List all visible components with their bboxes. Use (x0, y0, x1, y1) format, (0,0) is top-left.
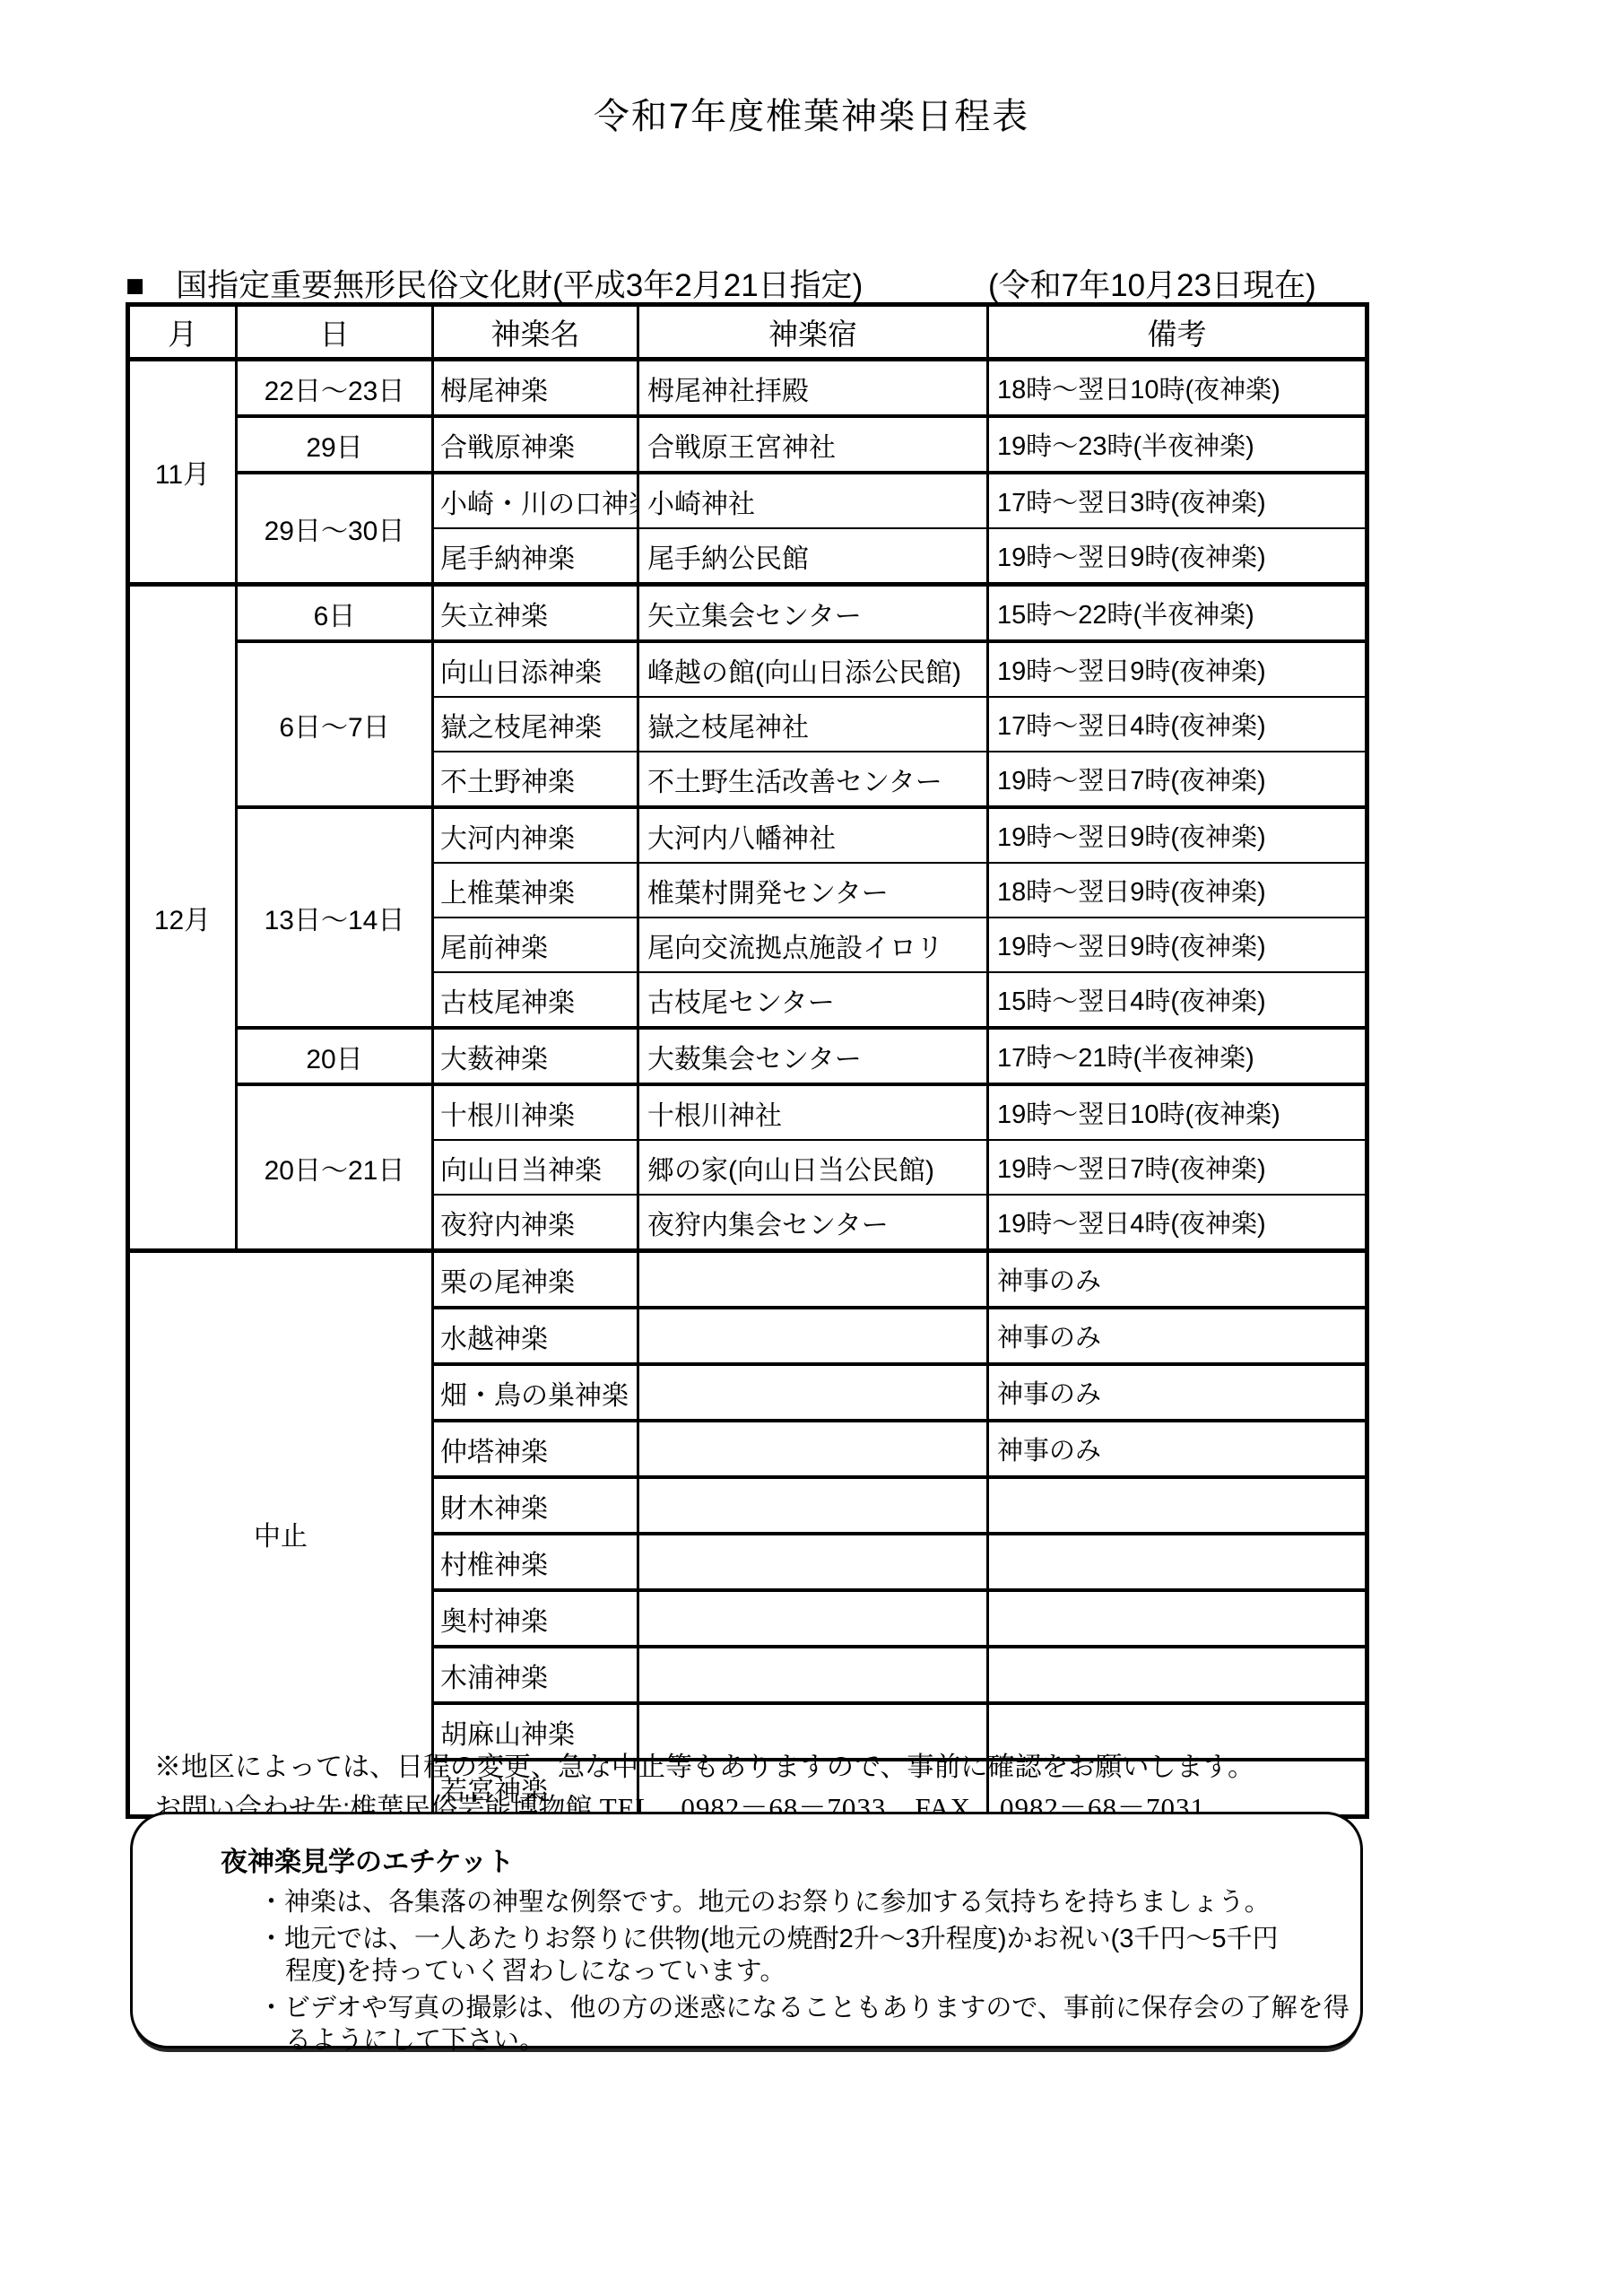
remarks-cell: 19時～23時(半夜神楽) (988, 416, 1367, 473)
remarks-cell: 17時～翌日4時(夜神楽) (988, 697, 1367, 752)
venue-cell: 尾手納公民館 (638, 528, 988, 585)
venue-cell (638, 1477, 988, 1534)
remarks-cell: 15時～22時(半夜神楽) (988, 585, 1367, 642)
remarks-cell: 神事のみ (988, 1308, 1367, 1364)
kagura-name-cell: 畑・鳥の巣神楽 (433, 1364, 638, 1421)
etiquette-line: ・神楽は、各集落の神聖な例祭です。地元のお祭りに参加する気持ちを持ちましょう。 (258, 1886, 1333, 1918)
kagura-name-cell: 栗の尾神楽 (433, 1251, 638, 1309)
date-cell: 22日～23日 (237, 360, 433, 417)
table-row: 13日～14日大河内神楽大河内八幡神社19時～翌日9時(夜神楽) (128, 807, 1367, 863)
remarks-cell: 19時～翌日10時(夜神楽) (988, 1084, 1367, 1140)
kagura-name-cell: 小崎・川の口神楽 (433, 473, 638, 528)
date-cell: 29日 (237, 416, 433, 473)
table-row: 20日大薮神楽大薮集会センター17時～21時(半夜神楽) (128, 1028, 1367, 1084)
table-header-row: 月日神楽名神楽宿備考 (128, 305, 1367, 360)
remarks-cell (988, 1534, 1367, 1590)
venue-cell (638, 1534, 988, 1590)
date-cell: 20日～21日 (237, 1084, 433, 1251)
table-body: 11月22日～23日栂尾神楽栂尾神社拝殿18時～翌日10時(夜神楽)29日合戦原… (128, 360, 1367, 1817)
table-row: 6日～7日向山日添神楽峰越の館(向山日添公民館)19時～翌日9時(夜神楽) (128, 641, 1367, 697)
kagura-name-cell: 仲塔神楽 (433, 1421, 638, 1477)
month-cell: 11月 (128, 360, 237, 585)
remarks-cell: 神事のみ (988, 1364, 1367, 1421)
month-cell: 12月 (128, 585, 237, 1251)
page-title: 令和7年度椎葉神楽日程表 (0, 88, 1623, 139)
kagura-schedule-table: 月日神楽名神楽宿備考 11月22日～23日栂尾神楽栂尾神社拝殿18時～翌日10時… (126, 302, 1369, 1819)
venue-cell: 尾向交流拠点施設イロリ (638, 918, 988, 972)
date-cell: 13日～14日 (237, 807, 433, 1028)
column-header-1: 日 (237, 305, 433, 360)
table-row: 29日合戦原神楽合戦原王宮神社19時～23時(半夜神楽) (128, 416, 1367, 473)
venue-cell: 不土野生活改善センター (638, 752, 988, 807)
date-cell: 20日 (237, 1028, 433, 1084)
kagura-name-cell: 奥村神楽 (433, 1590, 638, 1647)
venue-cell: 椎葉村開発センター (638, 863, 988, 918)
schedule-change-note: ※地区によっては、日程の変更、急な中止等もありますので、事前に確認をお願いします… (154, 1744, 1254, 1784)
column-header-3: 神楽宿 (638, 305, 988, 360)
venue-cell (638, 1308, 988, 1364)
kagura-name-cell: 嶽之枝尾神楽 (433, 697, 638, 752)
column-header-4: 備考 (988, 305, 1367, 360)
kagura-name-cell: 古枝尾神楽 (433, 972, 638, 1028)
table-row: 11月22日～23日栂尾神楽栂尾神社拝殿18時～翌日10時(夜神楽) (128, 360, 1367, 417)
kagura-name-cell: 木浦神楽 (433, 1647, 638, 1703)
remarks-cell: 15時～翌日4時(夜神楽) (988, 972, 1367, 1028)
remarks-cell: 19時～翌日7時(夜神楽) (988, 1140, 1367, 1195)
venue-cell (638, 1421, 988, 1477)
table-row: 中止栗の尾神楽神事のみ (128, 1251, 1367, 1309)
kagura-name-cell: 夜狩内神楽 (433, 1195, 638, 1251)
kagura-name-cell: 向山日当神楽 (433, 1140, 638, 1195)
etiquette-line: ・ビデオや写真の撮影は、他の方の迷惑になることもありますので、事前に保存会の了解… (258, 1992, 1333, 2024)
remarks-cell: 神事のみ (988, 1251, 1367, 1309)
kagura-name-cell: 上椎葉神楽 (433, 863, 638, 918)
kagura-name-cell: 尾前神楽 (433, 918, 638, 972)
etiquette-box: 夜神楽見学のエチケット ・神楽は、各集落の神聖な例祭です。地元のお祭りに参加する… (130, 1812, 1363, 2048)
venue-cell: 合戦原王宮神社 (638, 416, 988, 473)
remarks-cell: 神事のみ (988, 1421, 1367, 1477)
venue-cell: 大薮集会センター (638, 1028, 988, 1084)
kagura-name-cell: 不土野神楽 (433, 752, 638, 807)
venue-cell: 郷の家(向山日当公民館) (638, 1140, 988, 1195)
venue-cell: 大河内八幡神社 (638, 807, 988, 863)
table-row: 20日～21日十根川神楽十根川神社19時～翌日10時(夜神楽) (128, 1084, 1367, 1140)
column-header-2: 神楽名 (433, 305, 638, 360)
venue-cell: 峰越の館(向山日添公民館) (638, 641, 988, 697)
kagura-name-cell: 矢立神楽 (433, 585, 638, 642)
table-row: 29日～30日小崎・川の口神楽小崎神社17時～翌日3時(夜神楽) (128, 473, 1367, 528)
date-cell: 6日 (237, 585, 433, 642)
etiquette-line: ・地元では、一人あたりお祭りに供物(地元の焼酎2升～3升程度)かお祝い(3千円～… (258, 1923, 1333, 1955)
kagura-name-cell: 村椎神楽 (433, 1534, 638, 1590)
kagura-name-cell: 栂尾神楽 (433, 360, 638, 417)
venue-cell: 夜狩内集会センター (638, 1195, 988, 1251)
remarks-cell: 18時～翌日10時(夜神楽) (988, 360, 1367, 417)
remarks-cell: 17時～翌日3時(夜神楽) (988, 473, 1367, 528)
designation-subheader: ■ 国指定重要無形民俗文化財(平成3年2月21日指定) (令和7年10月23日現… (126, 261, 1365, 306)
remarks-cell: 19時～翌日9時(夜神楽) (988, 807, 1367, 863)
kagura-name-cell: 大薮神楽 (433, 1028, 638, 1084)
kagura-name-cell: 尾手納神楽 (433, 528, 638, 585)
remarks-cell (988, 1477, 1367, 1534)
remarks-cell: 18時～翌日9時(夜神楽) (988, 863, 1367, 918)
venue-cell (638, 1590, 988, 1647)
venue-cell: 古枝尾センター (638, 972, 988, 1028)
remarks-cell: 19時～翌日9時(夜神楽) (988, 918, 1367, 972)
venue-cell (638, 1647, 988, 1703)
table-row: 12月6日矢立神楽矢立集会センター15時～22時(半夜神楽) (128, 585, 1367, 642)
remarks-cell: 19時～翌日9時(夜神楽) (988, 641, 1367, 697)
kagura-name-cell: 十根川神楽 (433, 1084, 638, 1140)
month-cell: 中止 (128, 1251, 433, 1817)
etiquette-line: るようにして下さい。 (258, 2024, 1333, 2057)
venue-cell (638, 1364, 988, 1421)
remarks-cell (988, 1590, 1367, 1647)
column-header-0: 月 (128, 305, 237, 360)
designation-label: ■ 国指定重要無形民俗文化財(平成3年2月21日指定) (126, 268, 863, 303)
venue-cell: 矢立集会センター (638, 585, 988, 642)
venue-cell: 小崎神社 (638, 473, 988, 528)
venue-cell: 十根川神社 (638, 1084, 988, 1140)
venue-cell: 栂尾神社拝殿 (638, 360, 988, 417)
etiquette-line: 程度)を持っていく習わしになっています。 (258, 1955, 1333, 1987)
venue-cell (638, 1251, 988, 1309)
schedule-document-page: 令和7年度椎葉神楽日程表 ■ 国指定重要無形民俗文化財(平成3年2月21日指定)… (0, 0, 1623, 2296)
remarks-cell (988, 1647, 1367, 1703)
remarks-cell: 19時～翌日7時(夜神楽) (988, 752, 1367, 807)
remarks-cell: 19時～翌日4時(夜神楽) (988, 1195, 1367, 1251)
as-of-date-label: (令和7年10月23日現在) (988, 261, 1316, 306)
date-cell: 6日～7日 (237, 641, 433, 807)
kagura-name-cell: 大河内神楽 (433, 807, 638, 863)
remarks-cell: 17時～21時(半夜神楽) (988, 1028, 1367, 1084)
remarks-cell: 19時～翌日9時(夜神楽) (988, 528, 1367, 585)
etiquette-title: 夜神楽見学のエチケット (221, 1839, 1360, 1879)
kagura-name-cell: 合戦原神楽 (433, 416, 638, 473)
table-header: 月日神楽名神楽宿備考 (128, 305, 1367, 360)
venue-cell: 嶽之枝尾神社 (638, 697, 988, 752)
kagura-name-cell: 向山日添神楽 (433, 641, 638, 697)
date-cell: 29日～30日 (237, 473, 433, 585)
etiquette-lines: ・神楽は、各集落の神聖な例祭です。地元のお祭りに参加する気持ちを持ちましょう。・… (258, 1886, 1333, 2057)
kagura-name-cell: 水越神楽 (433, 1308, 638, 1364)
kagura-name-cell: 財木神楽 (433, 1477, 638, 1534)
